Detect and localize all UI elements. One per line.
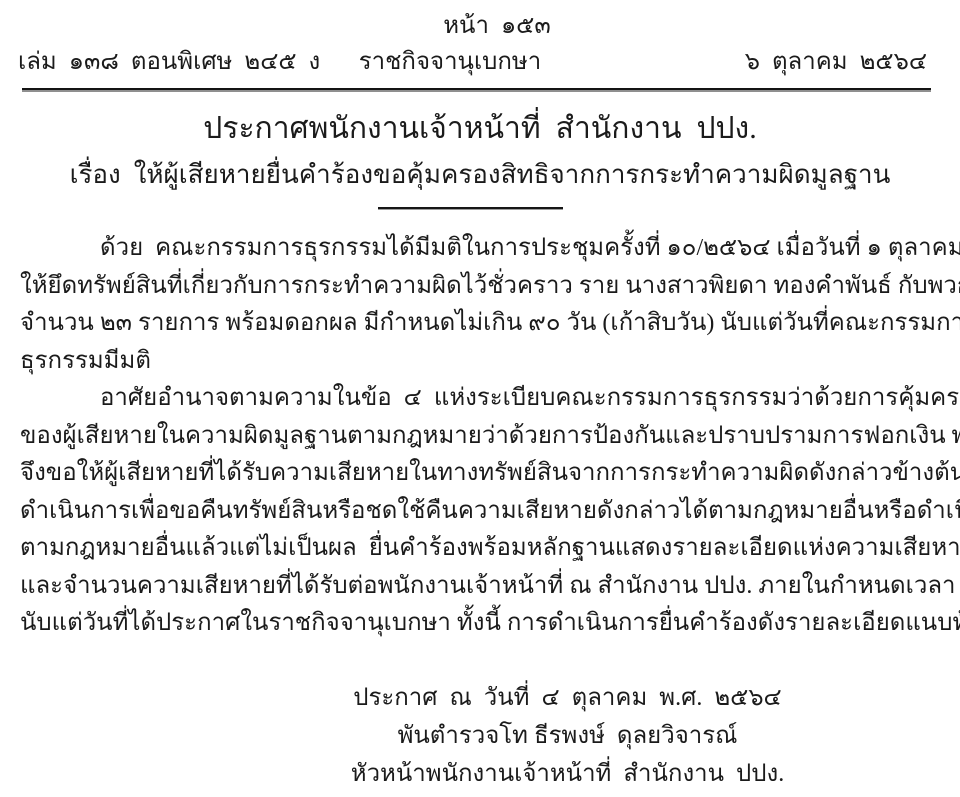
header-rule xyxy=(22,88,931,92)
text-line: อาศัยอำนาจตามความในข้อ ๔ แห่งระเบียบคณะก… xyxy=(20,380,942,418)
text-line: ดำเนินการเพื่อขอคืนทรัพย์สินหรือชดใช้คืน… xyxy=(20,493,942,531)
text-line: ด้วย คณะกรรมการธุรกรรมได้มีมติในการประชุ… xyxy=(20,230,942,268)
text-line: ของผู้เสียหายในความผิดมูลฐานตามกฎหมายว่า… xyxy=(20,418,942,456)
text-line: ให้ยึดทรัพย์สินที่เกี่ยวกับการกระทำความผ… xyxy=(20,268,942,306)
text-line: จำนวน ๒๓ รายการ พร้อมดอกผล มีกำหนดไม่เกิ… xyxy=(20,305,942,343)
document-body: ด้วย คณะกรรมการธุรกรรมได้มีมติในการประชุ… xyxy=(20,230,942,643)
signature-title: หัวหน้าพนักงานเจ้าหน้าที่ สำนักงาน ปปง. xyxy=(175,755,960,793)
text-line: ตามกฎหมายอื่นแล้วแต่ไม่เป็นผล ยื่นคำร้อง… xyxy=(20,530,942,568)
document-subject: เรื่อง ให้ผู้เสียหายยื่นคำร้องขอคุ้มครอง… xyxy=(0,156,960,194)
header-gazette-name: ราชกิจจานุเบกษา xyxy=(359,45,541,79)
text-line: ธุรกรรมมีมติ xyxy=(20,343,942,381)
title-divider xyxy=(378,207,563,210)
gazette-masthead: เล่ม ๑๓๘ ตอนพิเศษ ๒๔๕ ง ราชกิจจานุเบกษา … xyxy=(0,45,960,79)
paragraph-authority: อาศัยอำนาจตามความในข้อ ๔ แห่งระเบียบคณะก… xyxy=(20,380,942,643)
signature-date: ประกาศ ณ วันที่ ๔ ตุลาคม พ.ศ. ๒๕๖๔ xyxy=(175,679,960,717)
text-line: นับแต่วันที่ได้ประกาศในราชกิจจานุเบกษา ท… xyxy=(20,605,942,643)
gazette-page: หน้า ๑๕๓ เล่ม ๑๓๘ ตอนพิเศษ ๒๔๕ ง ราชกิจจ… xyxy=(0,0,960,797)
text-line: จึงขอให้ผู้เสียหายที่ได้รับความเสียหายใน… xyxy=(20,455,942,493)
signature-name: พันตำรวจโท ธีรพงษ์ ดุลยวิจารณ์ xyxy=(175,717,960,755)
text-line: และจำนวนความเสียหายที่ได้รับต่อพนักงานเจ… xyxy=(20,568,942,606)
header-page-number: หน้า ๑๕๓ xyxy=(0,0,960,42)
header-volume-info: เล่ม ๑๓๘ ตอนพิเศษ ๒๔๕ ง xyxy=(18,45,320,79)
signature-block: ประกาศ ณ วันที่ ๔ ตุลาคม พ.ศ. ๒๕๖๔ พันตำ… xyxy=(175,679,960,793)
header-date: ๖ ตุลาคม ๒๕๖๔ xyxy=(745,45,927,79)
document-title: ประกาศพนักงานเจ้าหน้าที่ สำนักงาน ปปง. xyxy=(0,108,960,150)
paragraph-resolution: ด้วย คณะกรรมการธุรกรรมได้มีมติในการประชุ… xyxy=(20,230,942,380)
